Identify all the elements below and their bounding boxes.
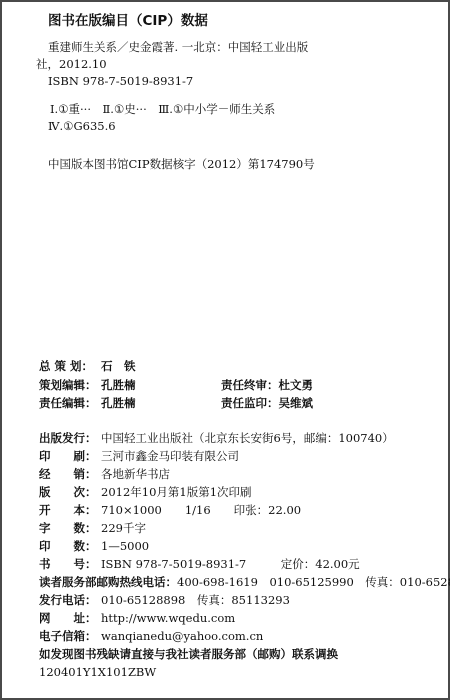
printer-value: 三河市鑫金马印装有限公司 xyxy=(101,449,239,463)
print-code: 120401Y1X101ZBW xyxy=(39,665,156,679)
final-reviewer-value: 杜文勇 xyxy=(279,378,314,392)
edition-value: 2012年10月第1版第1次印刷 xyxy=(101,485,252,499)
mail-order: 读者服务部邮购热线电话：400-698-1619 010-65125990 传真… xyxy=(39,575,450,589)
print-run: 印 数：1—5000 xyxy=(39,539,149,553)
email-link[interactable]: wanqianedu@yahoo.com.cn xyxy=(101,629,263,643)
chief-planner-label: 总 策 划： xyxy=(39,359,101,373)
website-label: 网 址： xyxy=(39,611,101,625)
cip-heading: 图书在版编目（CIP）数据 xyxy=(48,14,208,28)
final-reviewer-label: 责任终审： xyxy=(221,378,279,392)
mail-order-label: 读者服务部邮购热线电话： xyxy=(39,575,177,589)
chief-planner-value: 石 铁 xyxy=(101,359,136,373)
printer-label: 印 刷： xyxy=(39,449,101,463)
cip-subjects-2: Ⅳ.①G635.6 xyxy=(48,119,116,133)
word-count: 字 数：229千字 xyxy=(39,521,146,535)
cip-library-record: 中国版本图书馆CIP数据核字（2012）第174790号 xyxy=(48,157,315,171)
printer: 印 刷：三河市鑫金马印装有限公司 xyxy=(39,449,239,463)
responsible-editor: 责任编辑：孔胜楠 xyxy=(39,396,136,410)
distributor-value: 各地新华书店 xyxy=(101,467,170,481)
distributor-label: 经 销： xyxy=(39,467,101,481)
book-number: 书 号：ISBN 978-7-5019-8931-7 定价：42.00元 xyxy=(39,557,360,571)
print-run-label: 印 数： xyxy=(39,539,101,553)
cip-line-1: 重建师生关系／史金霞著. 一北京：中国轻工业出版 xyxy=(48,40,308,54)
replacement-notice: 如发现图书残缺请直接与我社读者服务部（邮购）联系调换 xyxy=(39,647,338,661)
publisher-label: 出版发行： xyxy=(39,431,101,445)
sales-phone-value: 010-65128898 传真：85113293 xyxy=(101,593,290,607)
format-label: 开 本： xyxy=(39,503,101,517)
website: 网 址：http://www.wqedu.com xyxy=(39,611,235,625)
copyright-page: 图书在版编目（CIP）数据 重建师生关系／史金霞著. 一北京：中国轻工业出版 社… xyxy=(0,0,450,700)
cip-subjects-1: Ⅰ.①重··· Ⅱ.①史··· Ⅲ.①中小学－师生关系 xyxy=(50,102,275,116)
edition-label: 版 次： xyxy=(39,485,101,499)
publisher: 出版发行：中国轻工业出版社（北京东长安街6号，邮编：100740） xyxy=(39,431,394,445)
sales-phone: 发行电话：010-65128898 传真：85113293 xyxy=(39,593,290,607)
sales-phone-label: 发行电话： xyxy=(39,593,101,607)
book-number-label: 书 号： xyxy=(39,557,101,571)
book-number-value: ISBN 978-7-5019-8931-7 定价：42.00元 xyxy=(101,557,360,571)
format-value: 710×1000 1/16 印张：22.00 xyxy=(101,503,301,517)
print-run-value: 1—5000 xyxy=(101,539,149,553)
chief-planner: 总 策 划：石 铁 xyxy=(39,359,136,373)
print-supervisor-label: 责任监印： xyxy=(221,396,279,410)
responsible-editor-label: 责任编辑： xyxy=(39,396,101,410)
planning-editor: 策划编辑：孔胜楠 xyxy=(39,378,136,392)
cip-isbn: ISBN 978-7-5019-8931-7 xyxy=(48,74,193,88)
responsible-editor-value: 孔胜楠 xyxy=(101,396,136,410)
planning-editor-value: 孔胜楠 xyxy=(101,378,136,392)
email-label: 电子信箱： xyxy=(39,629,101,643)
word-count-label: 字 数： xyxy=(39,521,101,535)
email: 电子信箱：wanqianedu@yahoo.com.cn xyxy=(39,629,263,643)
edition: 版 次：2012年10月第1版第1次印刷 xyxy=(39,485,252,499)
publisher-value: 中国轻工业出版社（北京东长安街6号，邮编：100740） xyxy=(101,431,394,445)
mail-order-value: 400-698-1619 010-65125990 传真：010-6528841… xyxy=(177,575,450,589)
cip-line-2: 社，2012.10 xyxy=(36,57,107,71)
planning-editor-label: 策划编辑： xyxy=(39,378,101,392)
format: 开 本：710×1000 1/16 印张：22.00 xyxy=(39,503,301,517)
print-supervisor: 责任监印：吴维斌 xyxy=(221,396,313,410)
website-link[interactable]: http://www.wqedu.com xyxy=(101,611,235,625)
final-reviewer: 责任终审：杜文勇 xyxy=(221,378,313,392)
word-count-value: 229千字 xyxy=(101,521,146,535)
print-supervisor-value: 吴维斌 xyxy=(279,396,314,410)
distributor: 经 销：各地新华书店 xyxy=(39,467,170,481)
